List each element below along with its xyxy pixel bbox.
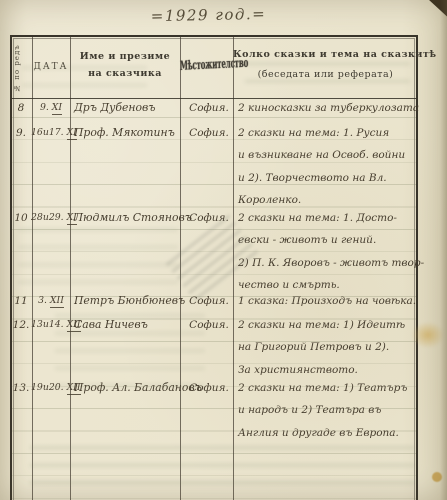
header-topic-line2: (беседата или реферата)	[233, 70, 418, 80]
column-line-3	[180, 37, 181, 500]
topic-line: Англия и другаде въ Европа.	[238, 428, 420, 439]
topic-line: и 2). Творчеството на Вл.	[238, 173, 420, 184]
lecture-register-table: № по редъ ДАТА Име и презиме на сказчика…	[10, 35, 418, 500]
topic-line: и народъ и 2) Театъра въ	[238, 405, 420, 416]
row-residence: София.	[184, 128, 234, 139]
topic-line: 2 сказки на тема: 1. Досто-	[238, 213, 420, 224]
row-number: 8	[12, 103, 30, 114]
row-name: Петръ Бюнбюневъ	[74, 296, 180, 307]
row-residence: София.	[184, 213, 234, 224]
header-row-number: № по редъ	[13, 41, 29, 95]
header-topic-line1: Колко сказки и тема на сказкитѣ	[233, 50, 418, 60]
topic-line: 1 сказка: Произходъ на човѣка.	[238, 296, 420, 307]
row-date: 3. XII	[31, 296, 71, 305]
header-name-line1: Име и презиме	[70, 52, 180, 62]
row-date: 13и14. XII	[31, 320, 71, 329]
row-date: 9. XI	[31, 103, 71, 112]
topic-line: 2 киносказки за туберкулозата	[238, 103, 420, 114]
year-title: =1929 год.=	[0, 2, 417, 29]
topic-line: 2 сказки на тема: 1) Идеитѣ	[238, 320, 420, 331]
row-number: 9.	[12, 128, 30, 139]
date-month-roman: XII	[50, 295, 64, 308]
header-name-line2: на сказчика	[70, 69, 180, 79]
topic-line: евски - животъ и гений.	[238, 235, 420, 246]
row-name: Дръ Дубеновъ	[74, 103, 180, 114]
row-residence: София.	[184, 103, 234, 114]
header-date: ДАТА	[32, 63, 70, 73]
topic-line: 2 сказки на тема: 1) Театъръ	[238, 383, 420, 394]
topic-line: на Григорий Петровъ и 2).	[238, 342, 420, 353]
header-bottom-line	[12, 98, 416, 99]
wax-dot-stain	[432, 472, 442, 482]
date-month-roman: XI	[52, 102, 62, 115]
row-number: 10	[12, 213, 30, 224]
row-residence: София.	[184, 320, 234, 331]
topic-line: и възникване на Освоб. войни	[238, 150, 420, 161]
page-edge-shading	[440, 0, 447, 500]
row-number: 12.	[12, 320, 30, 331]
row-residence: София.	[184, 383, 234, 394]
row-residence: София.	[184, 296, 234, 307]
date-day: 3.	[38, 295, 50, 306]
row-name: Проф. Ал. Балабановъ	[74, 383, 180, 394]
topic-line: чество и смърть.	[238, 280, 420, 291]
scanned-register-page: =1929 год.= № по редъ ДАТА Име и презиме…	[0, 0, 447, 500]
row-date: 16и17. XI	[31, 128, 71, 137]
row-name: Сава Ничевъ	[74, 320, 180, 331]
topic-line: 2 сказки на тема: 1. Русия	[238, 128, 420, 139]
tape-stain	[412, 322, 444, 348]
row-number: 11	[12, 296, 30, 307]
row-name: Проф. Мякотинъ	[74, 128, 180, 139]
date-day: 16и17.	[31, 127, 67, 138]
date-day: 19и20.	[31, 382, 67, 393]
date-day: 13и14.	[31, 319, 67, 330]
row-number: 13.	[12, 383, 30, 394]
row-date: 28и29. XI	[31, 213, 71, 222]
row-name: Людмилъ Стояновъ	[74, 213, 180, 224]
topic-line: За християнството.	[238, 365, 420, 376]
residence-stamp: Мѣстожителство	[180, 56, 233, 73]
date-day: 9.	[40, 102, 52, 113]
row-date: 19и20. XII	[31, 383, 71, 392]
page-corner-shadow	[424, 0, 447, 18]
date-day: 28и29.	[31, 212, 67, 223]
topic-line: Короленко.	[238, 195, 420, 206]
topic-line: 2) П. К. Яворовъ - животъ твор-	[238, 258, 420, 269]
